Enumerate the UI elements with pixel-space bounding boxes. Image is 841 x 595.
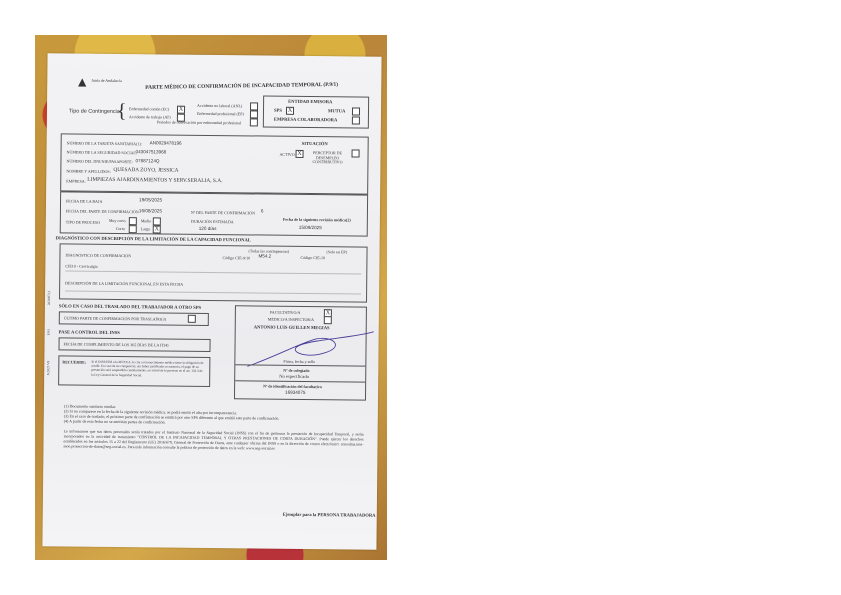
- duracion-label: DURACIÓN ESTIMADA: [191, 219, 234, 224]
- contingencia-ec-checkbox[interactable]: X: [177, 106, 185, 114]
- num-parte-label: Nº DEL PARTE DE CONFIRMACIÓN: [191, 210, 255, 216]
- traslado-checkbox[interactable]: [188, 315, 196, 323]
- nombre-label: NOMBRE Y APELLIDOS:: [66, 168, 110, 173]
- inss-title: PASE A CONTROL DEL INSS: [59, 329, 120, 335]
- diagnostico-box: DIAGNÓSTICO DE CONFIRMACIÓN (Todas las c…: [59, 243, 368, 302]
- fechas-box: FECHA DE LA BAJA 19/05/2025 FECHA DEL PA…: [60, 191, 368, 236]
- contingencia-ep-label: Enfermedad profesional (EP): [197, 111, 244, 116]
- brace: {: [117, 100, 127, 123]
- facultativo-label: FACULTATIVO/A: [270, 310, 301, 315]
- entidad-mutua-checkbox[interactable]: [352, 107, 360, 115]
- duracion-value: 120 días: [199, 226, 217, 231]
- divider: [65, 290, 361, 294]
- proceso-largo-checkbox[interactable]: X: [153, 225, 161, 233]
- inss-label: FECHA DE CUMPLIMIENTO DE LOS 365 DÍAS DE…: [64, 341, 169, 347]
- side-code: 8-2023 V8: [46, 361, 50, 376]
- fecha-baja-value: 19/05/2025: [139, 197, 162, 202]
- entidad-sps-label: SPS: [274, 108, 282, 113]
- siguiente-revision-value: 15/09/2025: [299, 225, 322, 230]
- contingencia-obs-checkbox[interactable]: [250, 118, 258, 126]
- entidad-mutua-label: MUTUA: [328, 108, 345, 113]
- medical-form-sheet: ▲ Junta de Andalucía PARTE MÉDICO DE CON…: [42, 53, 381, 549]
- divider: [235, 380, 365, 382]
- perceptor-label: PERCEPTOR DE DESEMPLEO CONTRIBUTIVO: [307, 151, 347, 165]
- ss-label: NÚMERO DE LA SEGURIDAD SOCIAL:: [67, 149, 138, 155]
- divider: [65, 270, 361, 274]
- dni-value: 07687124Q: [135, 158, 159, 163]
- contingencia-anl-label: Accidente no laboral (ANL): [197, 103, 242, 108]
- id-label: Nº de identificación del facultativo: [263, 384, 322, 390]
- inspector-checkbox[interactable]: [324, 316, 332, 324]
- recuerde-text: Si el INSS/ISM o la MUTUA, le cita a rec…: [91, 360, 205, 378]
- traslado-box: ÚLTIMO PARTE DE CONFIRMACIÓN POR TRASLAD…: [59, 311, 209, 326]
- contingencia-ec-label: Enfermedad común (EC): [129, 106, 169, 111]
- diagnostico-section-title: DIAGNÓSTICO CON DESCRIPCIÓN DE LA LIMITA…: [56, 235, 251, 242]
- num-parte-value: 6: [261, 209, 264, 214]
- entidad-sps-checkbox[interactable]: X: [286, 107, 294, 115]
- side-code: 2020/0713: [47, 291, 51, 306]
- proceso-medio-label: Medio: [141, 218, 152, 223]
- perceptor-checkbox[interactable]: [352, 149, 360, 157]
- tarjeta-label: NÚMERO DE LA TARJETA SANITARIA(1):: [67, 140, 142, 146]
- siguiente-revision-label: Fecha de la siguiente revisión médica(2): [283, 217, 351, 223]
- colegiado-value: No especificado: [279, 374, 309, 379]
- inspector-label: MÉDICO/A INSPECTOR/A: [268, 317, 314, 322]
- proceso-corto-label: Corto: [116, 226, 125, 231]
- contingencia-anl-checkbox[interactable]: [250, 102, 258, 110]
- cie10-label: Código CIE-10: [300, 255, 325, 260]
- limitacion-label: DESCRIPCIÓN DE LA LIMITACIÓN FUNCIONAL E…: [65, 280, 183, 286]
- fecha-parte-label: FECHA DEL PARTE DE CONFIRMACIÓN: [66, 208, 139, 214]
- dni-label: NÚMERO DEL DNI/NIE/PASAPORTE:: [66, 158, 132, 164]
- recuerde-label: RECUERDE:: [62, 359, 86, 364]
- document-title: PARTE MÉDICO DE CONFIRMACIÓN DE INCAPACI…: [145, 82, 338, 91]
- contingencia-obs-label: Periodos de observación por enfermedad p…: [157, 119, 241, 125]
- cie9-label: Código CIE-9/10: [222, 255, 250, 260]
- proceso-largo-label: Largo: [141, 226, 151, 231]
- junta-logo-icon: ▲: [75, 74, 89, 90]
- tipo-proceso-label: TIPO DE PROCESO: [66, 219, 100, 224]
- entidad-empresa-checkbox[interactable]: [352, 116, 360, 124]
- proteccion-datos-text: Le informamos que sus datos personales s…: [63, 429, 363, 452]
- entidad-emisora-box: ENTIDAD EMISORA SPS X MUTUA EMPRESA COLA…: [263, 96, 369, 129]
- recuerde-box: RECUERDE: Si el INSS/ISM o la MUTUA, le …: [58, 355, 210, 387]
- ss-value: 043047513968: [136, 149, 167, 154]
- contingencia-ep-checkbox[interactable]: [250, 110, 258, 118]
- proceso-corto-checkbox[interactable]: [129, 225, 137, 233]
- tarjeta-value: AN0029478196: [150, 140, 182, 145]
- situacion-title: SITUACIÓN: [302, 141, 328, 146]
- empresa-value: LIMPIEZAS AJARDINAMIENTOS Y SERV.SERALIA…: [87, 177, 222, 184]
- colegiado-label: Nº de colegiado: [283, 368, 309, 373]
- fecha-baja-label: FECHA DE LA BAJA: [66, 198, 102, 203]
- side-code: P.9/1: [47, 329, 51, 336]
- traslado-label: ÚLTIMO PARTE DE CONFIRMACIÓN POR TRASLAD…: [64, 315, 166, 321]
- proceso-muycorto-checkbox[interactable]: [129, 217, 137, 225]
- firma-label: Firma, fecha y sello: [283, 359, 315, 364]
- ejemplar-label: Ejemplar para la PERSONA TRABAJADORA: [283, 512, 376, 518]
- diag-label: DIAGNÓSTICO DE CONFIRMACIÓN: [65, 252, 131, 258]
- entidad-empresa-label: EMPRESA COLABORADORA: [274, 117, 337, 123]
- empresa-label: EMPRESA:: [66, 178, 86, 183]
- activo-label: ACTIVO: [280, 152, 295, 157]
- diag-text: CIE10 - Cervicalgia: [65, 263, 97, 268]
- entidad-title: ENTIDAD EMISORA: [288, 99, 332, 104]
- nombre-value: QUESADA ZOYO, JESSICA: [113, 167, 178, 174]
- cie10-note: (Solo en EP): [327, 249, 348, 254]
- proceso-medio-checkbox[interactable]: [153, 217, 161, 225]
- proceso-muycorto-label: Muy corto: [109, 218, 126, 223]
- fecha-parte-value: 16/08/2025: [139, 208, 162, 213]
- id-value: 16934075: [285, 390, 306, 395]
- cie9-value: M54.2: [258, 253, 271, 258]
- logo-text: Junta de Andalucía: [91, 78, 121, 83]
- inss-box: FECHA DE CUMPLIMIENTO DE LOS 365 DÍAS DE…: [58, 337, 210, 352]
- traslado-title: SÓLO EN CASO DEL TRASLADO DEL TRABAJADOR…: [59, 303, 201, 309]
- nota-4: (4) A partir de esta fecha no se emitirá…: [64, 418, 166, 424]
- facultativo-box: FACULTATIVO/A X MÉDICO/A INSPECTOR/A ANT…: [234, 305, 367, 400]
- contingencia-label: Tipo de Contingencia:: [69, 108, 121, 115]
- activo-checkbox[interactable]: X: [296, 150, 304, 158]
- trabajador-box: NÚMERO DE LA TARJETA SANITARIA(1): AN002…: [60, 133, 369, 194]
